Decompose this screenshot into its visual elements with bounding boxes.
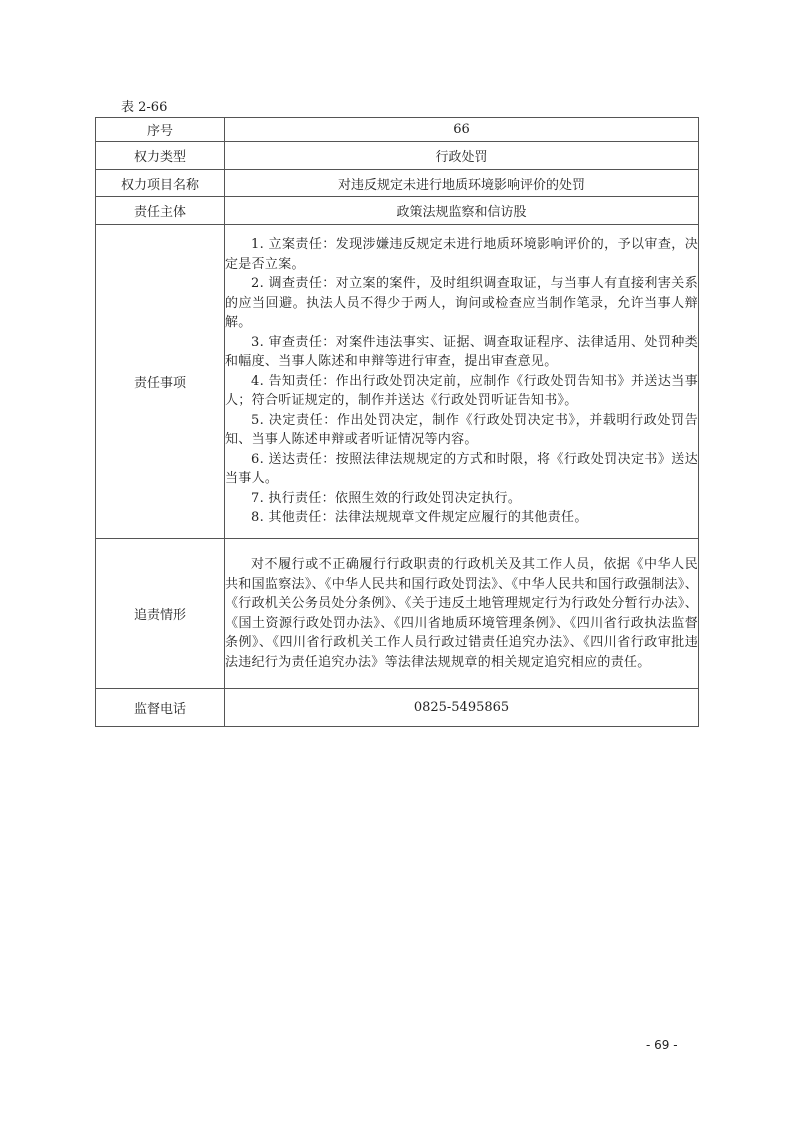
table-row-phone: 监督电话 0825-5495865 (96, 689, 699, 727)
responsible-subject: 政策法规监察和信访股 (225, 197, 699, 225)
duty-item: 4. 告知责任：作出行政处罚决定前，应制作《行政处罚告知书》并送达当事人；符合听… (225, 372, 698, 411)
table-row-subject: 责任主体 政策法规监察和信访股 (96, 197, 699, 225)
power-type: 行政处罚 (225, 142, 699, 170)
table-caption: 表 2-66 (121, 96, 167, 115)
table-row-duties: 责任事项 1. 立案责任：发现涉嫌违反规定未进行地质环境影响评价的，予以审查，决… (96, 225, 699, 539)
power-item-name: 对违反规定未进行地质环境影响评价的处罚 (225, 170, 699, 197)
serial-number: 66 (225, 118, 699, 142)
supervision-phone: 0825-5495865 (225, 689, 699, 727)
page-number: - 69 - (646, 1038, 678, 1052)
duty-item: 2. 调查责任：对立案的案件，及时组织调查取证，与当事人有直接利害关系的应当回避… (225, 274, 698, 333)
duty-item: 7. 执行责任：依照生效的行政处罚决定执行。 (225, 489, 698, 509)
table-row-serial: 序号 66 (96, 118, 699, 142)
row-label: 责任主体 (96, 197, 225, 225)
duty-item: 3. 审查责任：对案件违法事实、证据、调查取证程序、法律适用、处罚种类和幅度、当… (225, 333, 698, 372)
duty-item: 8. 其他责任：法律法规规章文件规定应履行的其他责任。 (225, 508, 698, 528)
duty-item: 1. 立案责任：发现涉嫌违反规定未进行地质环境影响评价的，予以审查，决定是否立案… (225, 235, 698, 274)
duty-item: 5. 决定责任：作出处罚决定，制作《行政处罚决定书》，并载明行政处罚告知、当事人… (225, 411, 698, 450)
row-label: 权力类型 (96, 142, 225, 170)
row-label: 权力项目名称 (96, 170, 225, 197)
table-row-accountability: 追责情形 对不履行或不正确履行行政职责的行政机关及其工作人员，依据《中华人民共和… (96, 539, 699, 689)
duty-item: 6. 送达责任：按照法律法规规定的方式和时限，将《行政处罚决定书》送达当事人。 (225, 450, 698, 489)
responsibility-table: 序号 66 权力类型 行政处罚 权力项目名称 对违反规定未进行地质环境影响评价的… (95, 117, 699, 727)
row-label: 序号 (96, 118, 225, 142)
accountability-text: 对不履行或不正确履行行政职责的行政机关及其工作人员，依据《中华人民共和国监察法》… (225, 555, 698, 672)
duties-list: 1. 立案责任：发现涉嫌违反规定未进行地质环境影响评价的，予以审查，决定是否立案… (225, 225, 699, 539)
table-row-item-name: 权力项目名称 对违反规定未进行地质环境影响评价的处罚 (96, 170, 699, 197)
row-label: 追责情形 (96, 539, 225, 689)
table-row-power-type: 权力类型 行政处罚 (96, 142, 699, 170)
row-label: 责任事项 (96, 225, 225, 539)
row-label: 监督电话 (96, 689, 225, 727)
accountability-cell: 对不履行或不正确履行行政职责的行政机关及其工作人员，依据《中华人民共和国监察法》… (225, 539, 699, 689)
